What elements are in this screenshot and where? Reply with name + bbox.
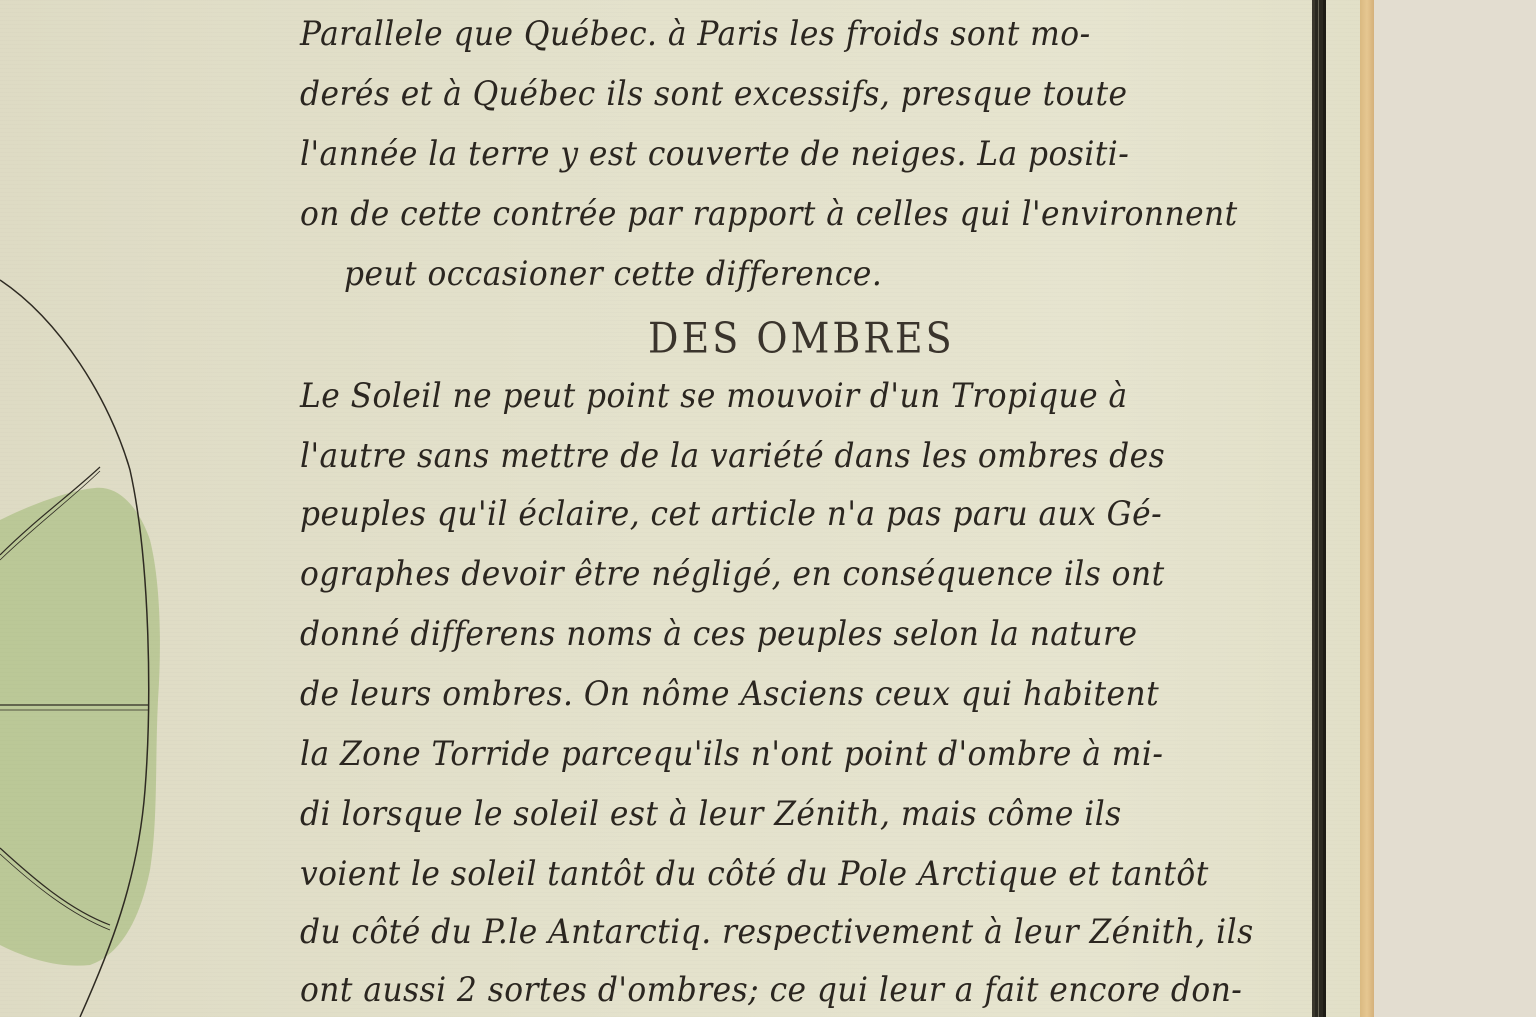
frame-edge xyxy=(1360,0,1374,1017)
text-line: donné differens noms à ces peuples selon… xyxy=(300,614,1137,654)
section-heading: DES OMBRES xyxy=(648,314,955,362)
text-line: peuples qu'il éclaire, cet article n'a p… xyxy=(300,494,1162,534)
text-line: ont aussi 2 sortes d'ombres; ce qui leur… xyxy=(300,970,1242,1010)
text-line: di lorsque le soleil est à leur Zénith, … xyxy=(300,794,1122,834)
manuscript-page: Parallele que Québec. à Paris les froids… xyxy=(0,0,1360,1017)
text-line: peut occasioner cette difference. xyxy=(344,254,882,294)
green-watercolor-wash xyxy=(0,488,160,966)
text-line: derés et à Québec ils sont excessifs, pr… xyxy=(300,74,1128,114)
text-line: Parallele que Québec. à Paris les froids… xyxy=(300,14,1091,54)
text-line: on de cette contrée par rapport à celles… xyxy=(300,194,1238,234)
text-line: la Zone Torride parcequ'ils n'ont point … xyxy=(300,734,1163,774)
text-line: ographes devoir être négligé, en conséqu… xyxy=(300,554,1165,594)
manuscript-text: Parallele que Québec. à Paris les froids… xyxy=(300,0,1312,1017)
globe-diagram xyxy=(0,0,300,1017)
text-line: du côté du P.le Antarctiq. respectivemen… xyxy=(300,912,1254,952)
text-line: de leurs ombres. On nôme Asciens ceux qu… xyxy=(300,674,1159,714)
text-line: voient le soleil tantôt du côté du Pole … xyxy=(300,854,1209,894)
printed-border-rule xyxy=(1312,0,1326,1017)
mat-board xyxy=(1374,0,1536,1017)
text-line: l'autre sans mettre de la variété dans l… xyxy=(300,436,1165,476)
text-line: l'année la terre y est couverte de neige… xyxy=(300,134,1129,174)
text-line: Le Soleil ne peut point se mouvoir d'un … xyxy=(300,376,1128,416)
